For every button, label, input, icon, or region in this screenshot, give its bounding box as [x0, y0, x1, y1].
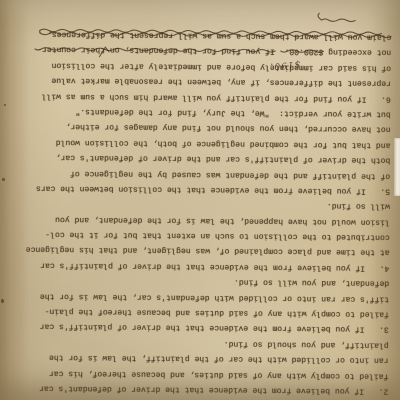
upside-down-content-layer: 2. If you believe from the evidence that… [0, 0, 400, 400]
scanned-document-page: 2. If you believe from the evidence that… [0, 0, 400, 400]
pen-mark [318, 13, 356, 22]
typewritten-text-block: 2. If you believe from the evidence that… [4, 26, 391, 399]
